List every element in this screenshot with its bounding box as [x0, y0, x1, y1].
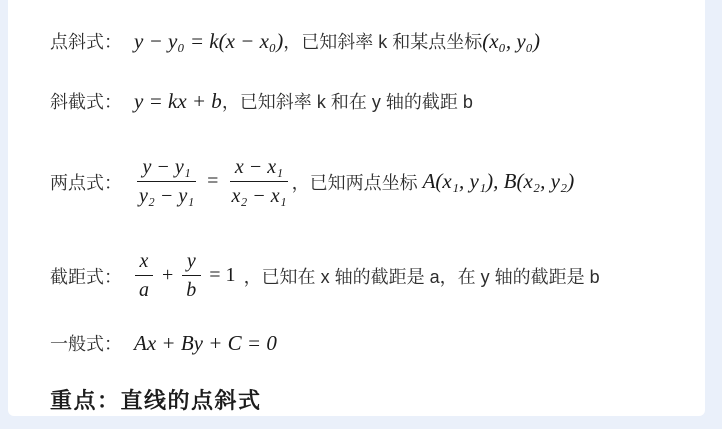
formula-label-point-slope: 点斜式： [50, 32, 122, 52]
formula-label-intercept: 截距式： [50, 263, 122, 289]
fraction-numerator: x − x₁ [230, 154, 288, 182]
formula-note-slope-intercept: ，已知斜率 k 和在 y 轴的截距 b [222, 92, 473, 112]
equals-sign: = [207, 170, 218, 193]
fraction-denominator: y₂ − y₁ [134, 182, 199, 209]
fraction-left: x a [134, 248, 154, 303]
formula-row-slope-intercept: 斜截式：y = kx + b，已知斜率 k 和在 y 轴的截距 b [50, 88, 473, 114]
plus-sign: + [162, 264, 173, 287]
fraction-right: y b [181, 248, 201, 303]
formula-row-general: 一般式：Ax + By + C = 0 [50, 330, 277, 356]
fraction-left: y − y₁ y₂ − y₁ [134, 154, 199, 209]
formula-expression-point-slope: y − y₀ = k(x − x₀) [134, 29, 283, 53]
formula-row-two-point: 两点式： y − y₁ y₂ − y₁ = x − x₁ x₂ − x₁ ，已知… [50, 154, 574, 209]
key-point-heading: 重点：直线的点斜式 [50, 384, 262, 415]
formula-expression-slope-intercept: y = kx + b [134, 89, 222, 113]
formula-row-point-slope: 点斜式：y − y₀ = k(x − x₀)，已知斜率 k 和某点坐标(x₀, … [50, 28, 540, 54]
formula-label-slope-intercept: 斜截式： [50, 92, 122, 112]
key-point-text: 重点：直线的点斜式 [50, 388, 262, 413]
formula-label-two-point: 两点式： [50, 169, 122, 195]
fraction-denominator: x₂ − x₁ [226, 182, 291, 209]
formula-note-math-point-slope: (x₀, y₀) [482, 29, 540, 53]
formula-note-two-point: ，已知两点坐标 [292, 169, 423, 195]
fraction-numerator: x [135, 248, 154, 276]
formula-row-intercept: 截距式： x a + y b = 1 ，已知在 x 轴的截距是 a，在 y 轴的… [50, 248, 600, 303]
fraction-right: x − x₁ x₂ − x₁ [226, 154, 291, 209]
formula-note-point-slope: ，已知斜率 k 和某点坐标 [283, 32, 482, 52]
formula-label-general: 一般式： [50, 334, 122, 354]
fraction-denominator: b [181, 276, 201, 303]
formula-note-math-two-point: A(x₁, y₁), B(x₂, y₂) [423, 169, 575, 194]
formula-note-intercept: ，已知在 x 轴的截距是 a，在 y 轴的截距是 b [244, 263, 600, 289]
formula-expression-general: Ax + By + C = 0 [134, 331, 277, 355]
fraction-numerator: y − y₁ [137, 154, 195, 182]
fraction-denominator: a [134, 276, 154, 303]
content-card: 点斜式：y − y₀ = k(x − x₀)，已知斜率 k 和某点坐标(x₀, … [8, 0, 705, 416]
fraction-numerator: y [182, 248, 201, 276]
equals-one: = 1 [209, 264, 235, 287]
